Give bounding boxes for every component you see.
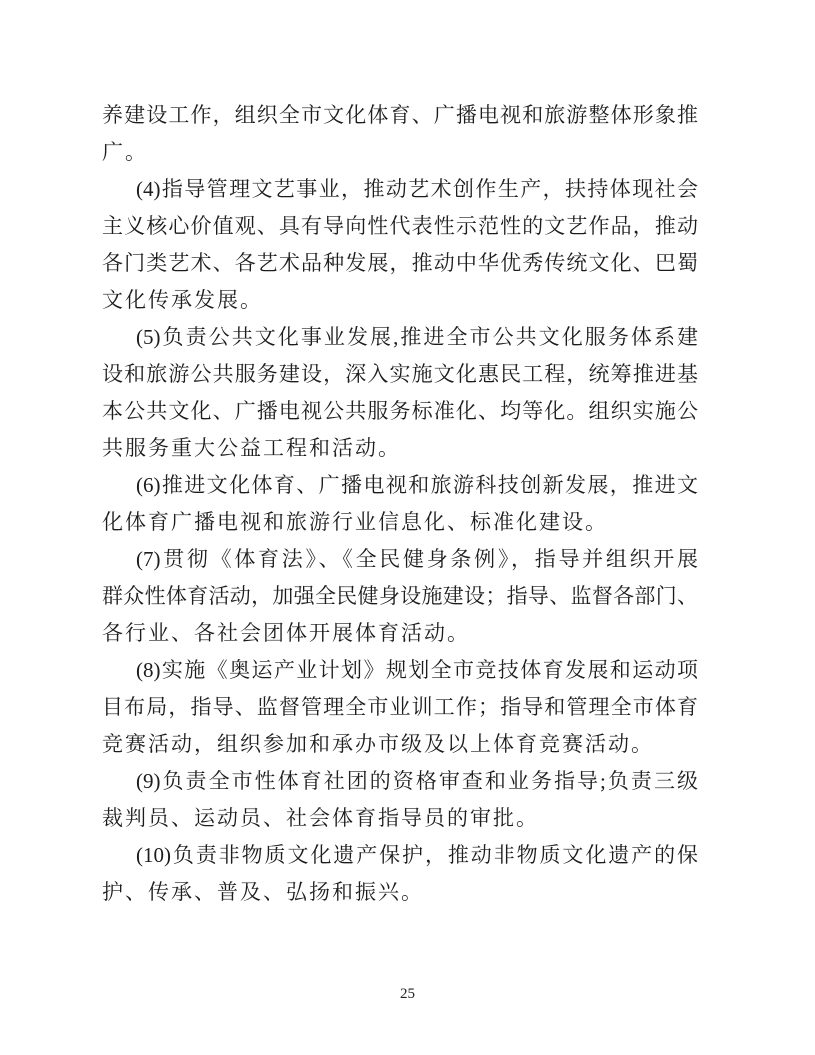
- document-page: 养建设工作，组织全市文化体育、广播电视和旅游整体形象推广。(4)指导管理文艺事业…: [0, 0, 815, 1055]
- text-line: 文化传承发展。: [102, 282, 698, 319]
- text-line: 化体育广播电视和旅游行业信息化、标准化建设。: [102, 504, 698, 541]
- paragraph: (5)负责公共文化事业发展,推进全市公共文化服务体系建设和旅游公共服务建设，深入…: [102, 319, 698, 467]
- text-line: 本公共文化、广播电视公共服务标准化、均等化。组织实施公: [102, 393, 698, 430]
- text-line: 共服务重大公益工程和活动。: [102, 430, 698, 467]
- text-line: 护、传承、普及、弘扬和振兴。: [102, 874, 698, 911]
- paragraph: (6)推进文化体育、广播电视和旅游科技创新发展，推进文化体育广播电视和旅游行业信…: [102, 467, 698, 541]
- text-line: 各行业、各社会团体开展体育活动。: [102, 615, 698, 652]
- paragraph: (10)负责非物质文化遗产保护，推动非物质文化遗产的保护、传承、普及、弘扬和振兴…: [102, 837, 698, 911]
- text-line: 养建设工作，组织全市文化体育、广播电视和旅游整体形象推: [102, 97, 698, 134]
- text-line: 设和旅游公共服务建设，深入实施文化惠民工程，统筹推进基: [102, 356, 698, 393]
- text-line: (5)负责公共文化事业发展,推进全市公共文化服务体系建: [102, 319, 698, 356]
- text-line: (8)实施《奥运产业计划》规划全市竞技体育发展和运动项: [102, 652, 698, 689]
- text-line: 目布局，指导、监督管理全市业训工作；指导和管理全市体育: [102, 689, 698, 726]
- text-line: 裁判员、运动员、社会体育指导员的审批。: [102, 800, 698, 837]
- text-line: (10)负责非物质文化遗产保护，推动非物质文化遗产的保: [102, 837, 698, 874]
- paragraph: (7)贯彻《体育法》、《全民健身条例》，指导并组织开展群众性体育活动，加强全民健…: [102, 541, 698, 652]
- text-line: (4)指导管理文艺事业，推动艺术创作生产，扶持体现社会: [102, 171, 698, 208]
- text-line: 各门类艺术、各艺术品种发展，推动中华优秀传统文化、巴蜀: [102, 245, 698, 282]
- text-line: (6)推进文化体育、广播电视和旅游科技创新发展，推进文: [102, 467, 698, 504]
- paragraph: 养建设工作，组织全市文化体育、广播电视和旅游整体形象推广。: [102, 97, 698, 171]
- text-line: 群众性体育活动，加强全民健身设施建设；指导、监督各部门、: [102, 578, 698, 615]
- paragraph: (8)实施《奥运产业计划》规划全市竞技体育发展和运动项目布局，指导、监督管理全市…: [102, 652, 698, 763]
- body-text: 养建设工作，组织全市文化体育、广播电视和旅游整体形象推广。(4)指导管理文艺事业…: [102, 97, 698, 911]
- text-line: 竞赛活动，组织参加和承办市级及以上体育竞赛活动。: [102, 726, 698, 763]
- paragraph: (4)指导管理文艺事业，推动艺术创作生产，扶持体现社会主义核心价值观、具有导向性…: [102, 171, 698, 319]
- text-line: 主义核心价值观、具有导向性代表性示范性的文艺作品，推动: [102, 208, 698, 245]
- paragraph: (9)负责全市性体育社团的资格审查和业务指导;负责三级裁判员、运动员、社会体育指…: [102, 763, 698, 837]
- text-line: (9)负责全市性体育社团的资格审查和业务指导;负责三级: [102, 763, 698, 800]
- text-line: 广。: [102, 134, 698, 171]
- text-line: (7)贯彻《体育法》、《全民健身条例》，指导并组织开展: [102, 541, 698, 578]
- page-number: 25: [0, 986, 815, 1003]
